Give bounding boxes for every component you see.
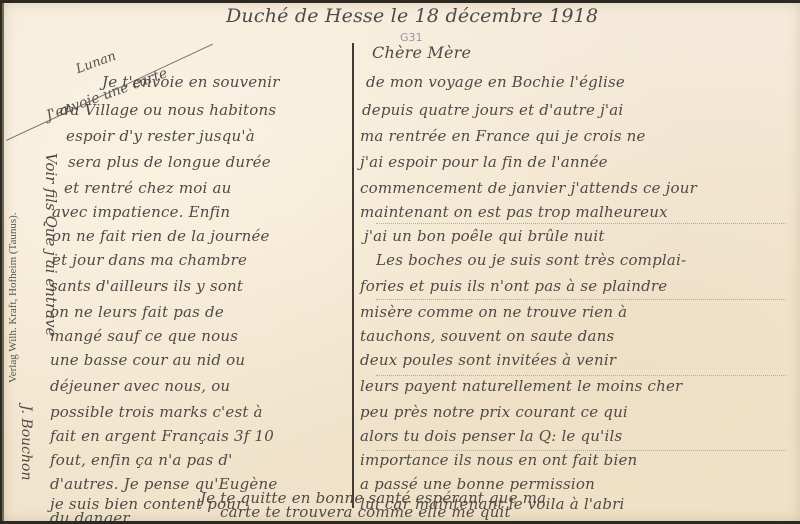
message-line: on ne fait rien de la journée xyxy=(52,227,270,245)
message-line: tauchons, souvent on saute dans xyxy=(360,327,614,345)
address-guide-line xyxy=(376,375,786,376)
message-line: fait en argent Français 3f 10 xyxy=(50,427,274,445)
message-line: maintenant on est pas trop malheureux xyxy=(360,203,668,221)
message-line: importance ils nous en ont fait bien xyxy=(360,451,637,469)
postcard: J'envoie une carte Lunan Duché de Hesse … xyxy=(2,3,800,521)
publisher-imprint: Verlag Wilh. Kraft, Hofheim (Taunus). xyxy=(7,212,19,383)
message-line: Je t'envoie en souvenir xyxy=(102,73,280,91)
address-guide-line xyxy=(376,299,786,300)
message-line: deux poules sont invitées à venir xyxy=(360,351,616,369)
margin-signature: J. Bouchon xyxy=(18,405,34,480)
message-line: du Village ou nous habitons xyxy=(60,101,276,119)
salutation: Chère Mère xyxy=(372,43,471,62)
place-date-heading: Duché de Hesse le 18 décembre 1918 xyxy=(226,5,598,27)
message-line: et jour dans ma chambre xyxy=(52,251,247,269)
message-line: déjeuner avec nous, ou xyxy=(50,377,230,395)
message-line: possible trois marks c'est à xyxy=(50,403,263,421)
message-line: alors tu dois penser la Q: le qu'ils xyxy=(360,427,622,445)
message-line: de mon voyage en Bochie l'église xyxy=(366,73,625,91)
postcard-divider-line xyxy=(352,43,354,508)
message-line: fories et puis ils n'ont pas à se plaind… xyxy=(360,277,667,295)
message-line: Les boches ou je suis sont très complai- xyxy=(376,251,686,269)
message-line: sants d'ailleurs ils y sont xyxy=(50,277,243,295)
message-line: j'ai espoir pour la fin de l'année xyxy=(360,153,608,171)
message-line: espoir d'y rester jusqu'à xyxy=(66,127,255,145)
message-line: une basse cour au nid ou xyxy=(50,351,245,369)
message-line: misère comme on ne trouve rien à xyxy=(360,303,627,321)
message-line: mangé sauf ce que nous xyxy=(50,327,238,345)
message-line: depuis quatre jours et d'autre j'ai xyxy=(362,101,623,119)
message-line: peu près notre prix courant ce qui xyxy=(360,403,628,421)
message-line: fout, enfin ça n'a pas d' xyxy=(50,451,232,469)
address-guide-line xyxy=(376,223,786,224)
message-line: carte te trouvera comme elle me quit xyxy=(220,503,511,521)
message-line: on ne leurs fait pas de xyxy=(50,303,224,321)
message-line: et rentré chez moi au xyxy=(64,179,231,197)
message-line: ma rentrée en France qui je crois ne xyxy=(360,127,646,145)
message-line: leurs payent naturellement le moins cher xyxy=(360,377,682,395)
message-line: j'ai un bon poêle qui brûle nuit xyxy=(364,227,605,245)
message-line: du danger. xyxy=(50,509,133,521)
message-line: sera plus de longue durée xyxy=(68,153,271,171)
message-line: avec impatience. Enfin xyxy=(52,203,230,221)
message-line: commencement de janvier j'attends ce jou… xyxy=(360,179,697,197)
